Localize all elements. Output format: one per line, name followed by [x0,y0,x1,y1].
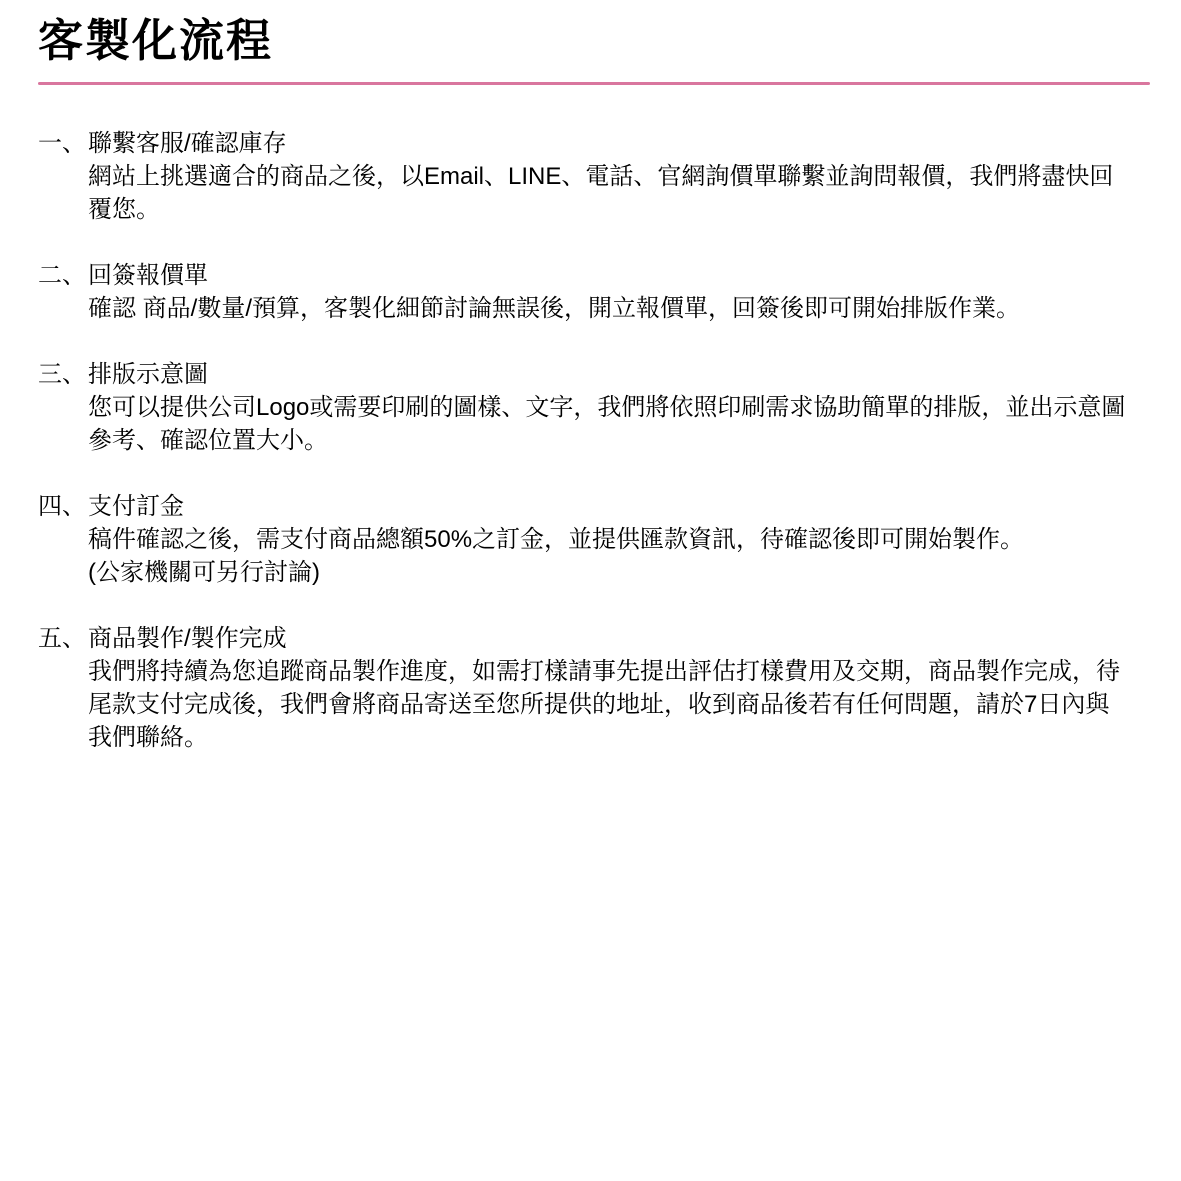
step-heading-row: 三、 排版示意圖 [38,358,1151,391]
step-number: 四、 [38,490,88,523]
step-heading-row: 二、 回簽報價單 [38,259,1151,292]
step-number: 五、 [38,622,88,655]
step-heading: 商品製作/製作完成 [88,622,1151,655]
step-5: 五、 商品製作/製作完成 我們將持續為您追蹤商品製作進度，如需打樣請事先提出評估… [38,622,1151,754]
step-heading: 聯繫客服/確認庫存 [88,127,1151,160]
step-number: 二、 [38,259,88,292]
step-heading-row: 五、 商品製作/製作完成 [38,622,1151,655]
step-body: 您可以提供公司Logo或需要印刷的圖樣、文字，我們將依照印刷需求協助簡單的排版，… [88,391,1130,457]
step-body: 網站上挑選適合的商品之後，以Email、LINE、電話、官網詢價單聯繫並詢問報價… [88,160,1130,226]
step-body: 稿件確認之後，需支付商品總額50%之訂金，並提供匯款資訊，待確認後即可開始製作。… [88,523,1130,589]
step-heading: 排版示意圖 [88,358,1151,391]
step-number: 一、 [38,127,88,160]
step-heading: 回簽報價單 [88,259,1151,292]
step-4: 四、 支付訂金 稿件確認之後，需支付商品總額50%之訂金，並提供匯款資訊，待確認… [38,490,1151,589]
step-1: 一、 聯繫客服/確認庫存 網站上挑選適合的商品之後，以Email、LINE、電話… [38,127,1151,226]
page-title: 客製化流程 [38,15,1151,67]
step-heading-row: 四、 支付訂金 [38,490,1151,523]
step-3: 三、 排版示意圖 您可以提供公司Logo或需要印刷的圖樣、文字，我們將依照印刷需… [38,358,1151,457]
step-number: 三、 [38,358,88,391]
process-steps: 一、 聯繫客服/確認庫存 網站上挑選適合的商品之後，以Email、LINE、電話… [38,127,1151,754]
step-body: 我們將持續為您追蹤商品製作進度，如需打樣請事先提出評估打樣費用及交期，商品製作完… [88,655,1130,754]
step-2: 二、 回簽報價單 確認 商品/數量/預算，客製化細節討論無誤後，開立報價單，回簽… [38,259,1151,325]
step-body: 確認 商品/數量/預算，客製化細節討論無誤後，開立報價單，回簽後即可開始排版作業… [88,292,1130,325]
title-divider [38,82,1150,85]
step-heading-row: 一、 聯繫客服/確認庫存 [38,127,1151,160]
step-heading: 支付訂金 [88,490,1151,523]
customization-process-page: 客製化流程 一、 聯繫客服/確認庫存 網站上挑選適合的商品之後，以Email、L… [0,0,1181,1181]
